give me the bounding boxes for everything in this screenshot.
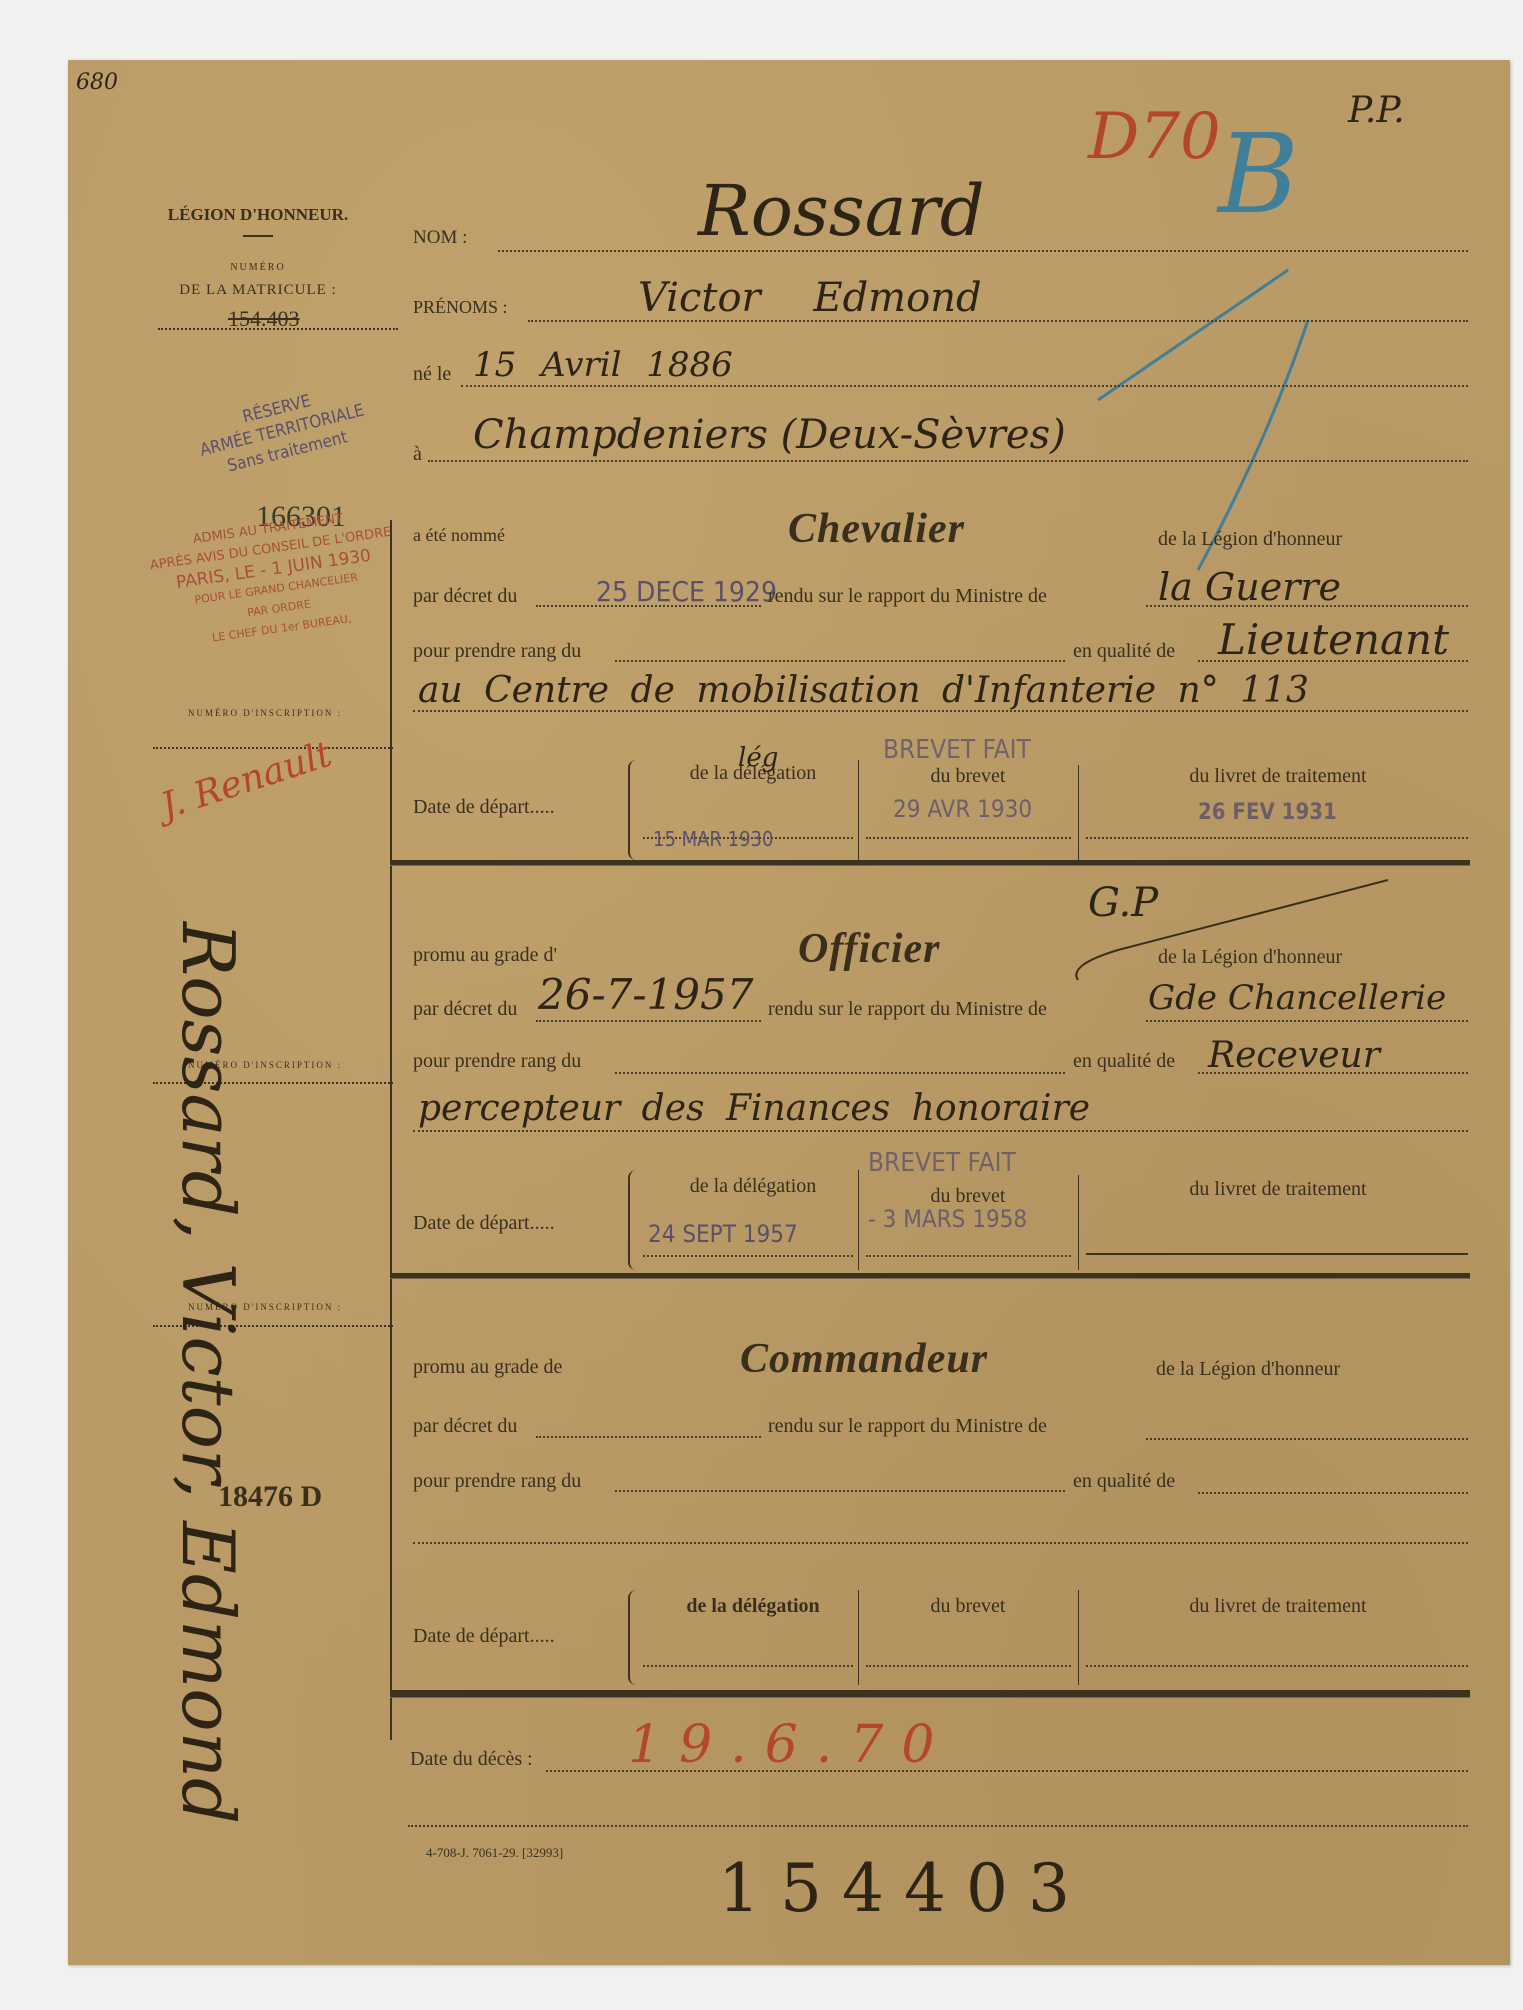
ne-le-label: né le (413, 363, 451, 386)
officier-brevet-line (866, 1255, 1071, 1257)
chevalier-livret-line (1086, 837, 1468, 839)
chevalier-col-livret: du livret de traitement (1083, 765, 1473, 788)
matricule-value: 154.403 (228, 306, 300, 332)
chevalier-decret-label: par décret du (413, 585, 517, 608)
red-annotation: D70 (1088, 100, 1221, 174)
commandeur-suffix: de la Légion d'honneur (1156, 1358, 1340, 1381)
chevalier-brevet-value: 29 AVR 1930 (893, 795, 1032, 823)
chevalier-rang-line (615, 660, 1065, 662)
numero-label: NUMÉRO (128, 262, 388, 273)
officier-delegation-value: 24 SEPT 1957 (648, 1220, 798, 1248)
commandeur-col-brevet: du brevet (868, 1595, 1068, 1618)
chevalier-qualite-value: Lieutenant (1218, 615, 1449, 664)
chevalier-leg-annotation: lég (738, 743, 778, 773)
commandeur-delegation-line (643, 1665, 853, 1667)
matricule-label: DE LA MATRICULE : (128, 282, 388, 299)
vertical-name: Rossard, Victor, Edmond (166, 922, 250, 1682)
prenoms-value: Victor Edmond (638, 275, 982, 321)
commandeur-intro: promu au grade de (413, 1356, 562, 1379)
commandeur-qualite-label: en qualité de (1073, 1470, 1175, 1493)
pp-annotation: P.P. (1348, 90, 1405, 131)
officier-rang-label: pour prendre rang du (413, 1050, 581, 1073)
officier-qualite-label: en qualité de (1073, 1050, 1175, 1073)
commandeur-col-divider-2 (1078, 1590, 1079, 1685)
officier-brevet-value: - 3 MARS 1958 (868, 1205, 1027, 1233)
handwritten-file-number: 154403 (718, 1850, 1090, 1927)
officier-depart-label: Date de départ..... (413, 1212, 555, 1235)
main-left-border (390, 520, 392, 1740)
chevalier-livret-value: 26 FEV 1931 (1198, 800, 1337, 825)
chevalier-depart-label: Date de départ..... (413, 796, 555, 819)
officier-col-divider-2 (1078, 1175, 1079, 1270)
chevalier-rang-label: pour prendre rang du (413, 640, 581, 663)
chevalier-brace (628, 760, 640, 860)
commandeur-brevet-line (866, 1665, 1071, 1667)
ne-le-line (461, 385, 1468, 387)
document-sheet: 680 D70 B P.P. LÉGION D'HONNEUR. NUMÉRO … (68, 60, 1510, 1965)
officier-decret-value: 26-7-1957 (538, 970, 753, 1019)
inscription-line-1 (153, 747, 393, 749)
officier-delegation-line (643, 1255, 853, 1257)
commandeur-depart-label: Date de départ..... (413, 1625, 555, 1648)
chevalier-decret-value: 25 DECE 1929 (596, 575, 777, 608)
officier-grade: Officier (798, 925, 941, 973)
section-divider-1 (390, 860, 1470, 866)
commandeur-col-livret: du livret de traitement (1083, 1595, 1473, 1618)
a-line (428, 460, 1468, 462)
legion-honneur-title: LÉGION D'HONNEUR. (128, 205, 388, 225)
section-divider-3 (390, 1690, 1470, 1698)
officier-intro: promu au grade d' (413, 944, 557, 967)
deces-value: 19.6.70 (628, 1715, 952, 1775)
reserve-stamp: RÉSERVE ARMÉE TERRITORIALE Sans traiteme… (148, 367, 416, 494)
chevalier-col-divider-2 (1078, 765, 1079, 860)
officier-rapport-label: rendu sur le rapport du Ministre de (768, 998, 1047, 1021)
officier-qualite-line2 (413, 1130, 1468, 1132)
commandeur-decret-label: par décret du (413, 1415, 517, 1438)
officier-brace (628, 1170, 640, 1270)
officier-suffix: de la Légion d'honneur (1158, 946, 1342, 969)
numero-inscription-label-1: NUMÉRO D'INSCRIPTION : (188, 708, 342, 718)
chevalier-rapport-value: la Guerre (1158, 565, 1341, 609)
officier-rapport-value: Gde Chancellerie (1148, 978, 1446, 1018)
nom-label: NOM : (413, 227, 467, 249)
chevalier-rapport-label: rendu sur le rapport du Ministre de (768, 585, 1047, 608)
nom-value: Rossard (698, 170, 985, 252)
commandeur-qualite-line (1198, 1492, 1468, 1494)
chevalier-col-brevet: du brevet (868, 765, 1068, 788)
corner-annotation: 680 (76, 70, 118, 95)
commandeur-livret-line (1086, 1665, 1468, 1667)
title-divider (243, 235, 273, 237)
section-divider-2 (390, 1273, 1470, 1279)
officier-livret-line (1086, 1253, 1468, 1255)
commandeur-qualite-line2 (413, 1542, 1468, 1544)
officier-qualite-value: Receveur (1208, 1035, 1380, 1076)
chevalier-qualite-value-line2: au Centre de mobilisation d'Infanterie n… (418, 670, 1309, 711)
a-value: Champdeniers (Deux-Sèvres) (473, 412, 1066, 458)
prenoms-label: PRÉNOMS : (413, 297, 508, 318)
officier-brevet-fait-stamp: BREVET FAIT (868, 1148, 1016, 1178)
officier-annotation-stroke-icon (1058, 870, 1398, 990)
chevalier-col-divider-1 (858, 760, 859, 860)
chevalier-brevet-fait-stamp: BREVET FAIT (883, 735, 1031, 765)
admis-traitement-stamp: ADMIS AU TRAITEMENT APRÈS AVIS DU CONSEI… (123, 500, 427, 659)
officier-rang-line (615, 1072, 1065, 1074)
officier-decret-line (536, 1020, 761, 1022)
deces-label: Date du décès : (410, 1748, 533, 1771)
commandeur-rang-label: pour prendre rang du (413, 1470, 581, 1493)
chevalier-suffix: de la Légion d'honneur (1158, 528, 1342, 551)
officier-col-divider-1 (858, 1170, 859, 1270)
ne-le-value: 15 Avril 1886 (473, 345, 733, 385)
officier-rapport-line (1146, 1020, 1468, 1022)
blue-pencil-annotation: B (1218, 110, 1299, 238)
commandeur-rang-line (615, 1490, 1065, 1492)
chevalier-brevet-line (866, 837, 1071, 839)
commandeur-rapport-line (1146, 1438, 1468, 1440)
commandeur-col-delegation: de la délégation (653, 1595, 853, 1618)
commandeur-rapport-label: rendu sur le rapport du Ministre de (768, 1415, 1047, 1438)
dossier-number: 18476 D (218, 1480, 322, 1514)
officier-col-livret: du livret de traitement (1083, 1178, 1473, 1201)
chevalier-grade: Chevalier (788, 505, 965, 553)
officier-col-delegation: de la délégation (653, 1175, 853, 1198)
footer-rule (408, 1825, 1468, 1827)
print-reference: 4-708-J. 7061-29. [32993] (426, 1845, 563, 1861)
commandeur-col-divider-1 (858, 1590, 859, 1685)
officier-qualite-value-line2: percepteur des Finances honoraire (418, 1088, 1090, 1129)
a-label: à (413, 443, 422, 466)
officier-decret-label: par décret du (413, 998, 517, 1021)
chevalier-delegation-value: 15 MAR 1930 (653, 827, 773, 851)
commandeur-brace (628, 1590, 640, 1685)
commandeur-decret-line (536, 1436, 761, 1438)
chevalier-qualite-label: en qualité de (1073, 640, 1175, 663)
commandeur-grade: Commandeur (740, 1335, 988, 1383)
chevalier-intro: a été nommé (413, 525, 505, 546)
